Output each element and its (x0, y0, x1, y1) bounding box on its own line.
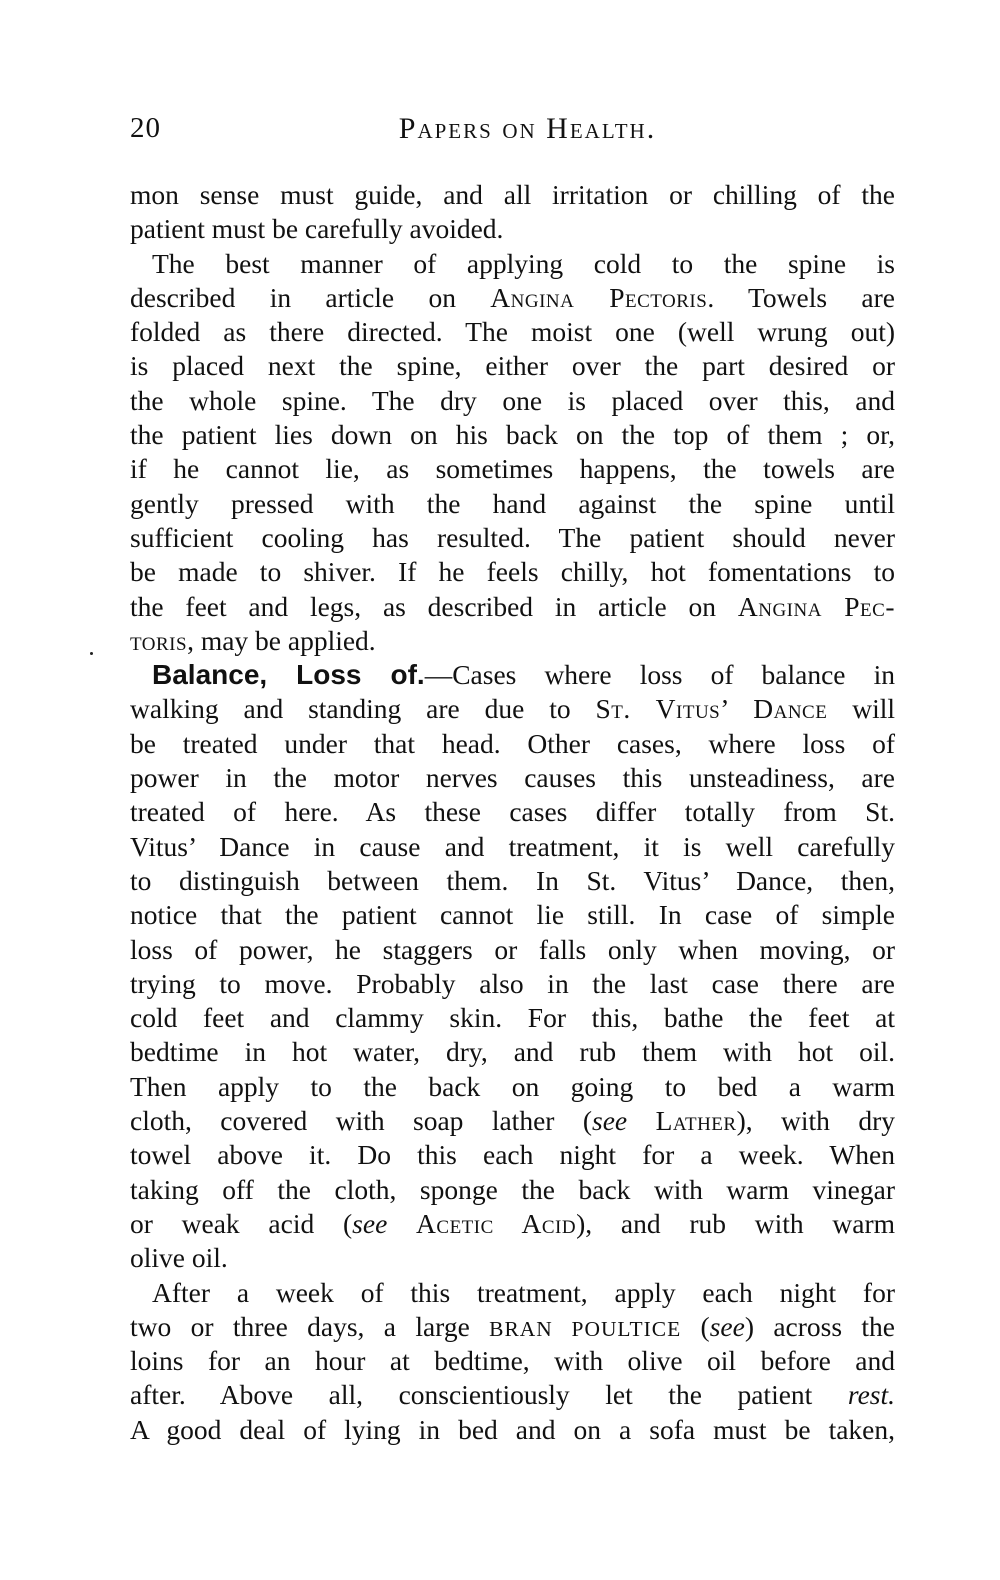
text-segment: Then apply to the back on going to bed a… (130, 1071, 895, 1102)
text-line: loss of power, he staggers or falls only… (130, 933, 895, 967)
text-segment: Vitus’ Dance in cause and treatment, it … (130, 831, 895, 862)
text-segment: patient must be carefully avoided. (130, 213, 503, 244)
text-segment: power in the motor nerves causes this un… (130, 762, 895, 793)
text-segment: after. Above all, conscientiously let th… (130, 1379, 848, 1410)
text-line: the feet and legs, as described in artic… (130, 590, 895, 624)
text-segment: rest. (848, 1379, 895, 1410)
text-line: be made to shiver. If he feels chilly, h… (130, 555, 895, 589)
text-segment: loins for an hour at bedtime, with olive… (130, 1345, 895, 1376)
text-segment: Acetic Acid (416, 1208, 576, 1239)
text-segment: bran poultice (489, 1317, 681, 1341)
text-segment: trying to move. Probably also in the las… (130, 968, 895, 999)
text-line: trying to move. Probably also in the las… (130, 967, 895, 1001)
text-line: is placed next the spine, either over th… (130, 349, 895, 383)
text-segment: taking off the cloth, sponge the back wi… (130, 1174, 895, 1205)
text-segment: —Cases where loss of balance in (425, 659, 895, 690)
text-line: walking and standing are due to St. Vitu… (130, 692, 895, 726)
text-segment: A good deal of lying in bed and on a sof… (130, 1414, 895, 1445)
text-line: folded as there directed. The moist one … (130, 315, 895, 349)
text-segment: be treated under that head. Other cases,… (130, 728, 895, 759)
text-line: bedtime in hot water, dry, and rub them … (130, 1035, 895, 1069)
text-line: cloth, covered with soap lather (see Lat… (130, 1104, 895, 1138)
text-segment: ), with dry (737, 1105, 895, 1136)
text-segment: St. Vitus’ Dance (596, 693, 828, 724)
text-segment: Angina Pectoris (490, 282, 707, 313)
text-segment: the feet and legs, as described in artic… (130, 591, 738, 622)
scan-speck (90, 652, 93, 655)
text-line: taking off the cloth, sponge the back wi… (130, 1173, 895, 1207)
text-segment: bedtime in hot water, dry, and rub them … (130, 1036, 895, 1067)
text-line: two or three days, a large bran poultice… (130, 1310, 895, 1344)
text-segment: to distinguish between them. In St. Vitu… (130, 865, 895, 896)
text-line: patient must be carefully avoided. (130, 212, 895, 246)
text-line: cold feet and clammy skin. For this, bat… (130, 1001, 895, 1035)
body-text: mon sense must guide, and all irritation… (130, 178, 895, 1447)
text-line: loins for an hour at bedtime, with olive… (130, 1344, 895, 1378)
text-segment: ( (681, 1311, 710, 1342)
text-segment: see (352, 1208, 387, 1239)
text-segment: loss of power, he staggers or falls only… (130, 934, 895, 965)
text-segment: described in article on (130, 282, 490, 313)
text-segment: . Towels are (707, 282, 895, 313)
text-line: towel above it. Do this each night for a… (130, 1138, 895, 1172)
text-segment: After a week of this treatment, apply ea… (152, 1277, 895, 1308)
text-segment: ), and rub with warm (576, 1208, 895, 1239)
text-segment: is placed next the spine, either over th… (130, 350, 895, 381)
text-line: The best manner of applying cold to the … (130, 247, 895, 281)
text-segment: towel above it. Do this each night for a… (130, 1139, 895, 1170)
page-header: 20 Papers on Health. (130, 112, 895, 152)
text-segment: gently pressed with the hand against the… (130, 488, 895, 519)
text-segment: ) across the (745, 1311, 895, 1342)
text-segment: will (827, 693, 895, 724)
text-line: to distinguish between them. In St. Vitu… (130, 864, 895, 898)
text-line: or weak acid (see Acetic Acid), and rub … (130, 1207, 895, 1241)
text-segment: two or three days, a large (130, 1311, 489, 1342)
text-line: Balance, Loss of.—Cases where loss of ba… (130, 658, 895, 692)
text-segment: notice that the patient cannot lie still… (130, 899, 895, 930)
text-segment: cloth, covered with soap lather ( (130, 1105, 592, 1136)
text-line: sufficient cooling has resulted. The pat… (130, 521, 895, 555)
text-segment: if he cannot lie, as sometimes happens, … (130, 453, 895, 484)
text-segment: Lather (656, 1105, 737, 1136)
text-segment: or weak acid ( (130, 1208, 352, 1239)
text-line: if he cannot lie, as sometimes happens, … (130, 452, 895, 486)
text-segment: sufficient cooling has resulted. The pat… (130, 522, 895, 553)
text-line: be treated under that head. Other cases,… (130, 727, 895, 761)
entry-heading: Balance, Loss of. (152, 659, 425, 690)
text-segment: the whole spine. The dry one is placed o… (130, 385, 895, 416)
text-line: olive oil. (130, 1241, 895, 1275)
text-line: gently pressed with the hand against the… (130, 487, 895, 521)
text-segment: mon sense must guide, and all irritation… (130, 179, 895, 210)
text-line: Then apply to the back on going to bed a… (130, 1070, 895, 1104)
text-segment: be made to shiver. If he feels chilly, h… (130, 556, 895, 587)
text-line: the whole spine. The dry one is placed o… (130, 384, 895, 418)
text-line: treated of here. As these cases differ t… (130, 795, 895, 829)
text-segment (627, 1105, 655, 1136)
running-title: Papers on Health. (130, 112, 895, 146)
text-line: toris, may be applied. (130, 624, 895, 658)
text-line: after. Above all, conscientiously let th… (130, 1378, 895, 1412)
text-segment: Angina Pec- (738, 591, 895, 622)
text-line: notice that the patient cannot lie still… (130, 898, 895, 932)
text-segment: the patient lies down on his back on the… (130, 419, 895, 450)
text-segment (387, 1208, 416, 1239)
text-line: power in the motor nerves causes this un… (130, 761, 895, 795)
text-segment: folded as there directed. The moist one … (130, 316, 895, 347)
text-segment: walking and standing are due to (130, 693, 596, 724)
text-line: After a week of this treatment, apply ea… (130, 1276, 895, 1310)
text-segment: The best manner of applying cold to the … (152, 248, 895, 279)
text-line: mon sense must guide, and all irritation… (130, 178, 895, 212)
text-segment: olive oil. (130, 1242, 228, 1273)
text-line: described in article on Angina Pectoris.… (130, 281, 895, 315)
text-segment: see (592, 1105, 627, 1136)
text-segment: , may be applied. (187, 625, 376, 656)
text-line: the patient lies down on his back on the… (130, 418, 895, 452)
text-segment: treated of here. As these cases differ t… (130, 796, 895, 827)
text-segment: cold feet and clammy skin. For this, bat… (130, 1002, 895, 1033)
text-line: Vitus’ Dance in cause and treatment, it … (130, 830, 895, 864)
text-line: A good deal of lying in bed and on a sof… (130, 1413, 895, 1447)
text-segment: see (710, 1311, 745, 1342)
text-segment: toris (130, 625, 187, 656)
